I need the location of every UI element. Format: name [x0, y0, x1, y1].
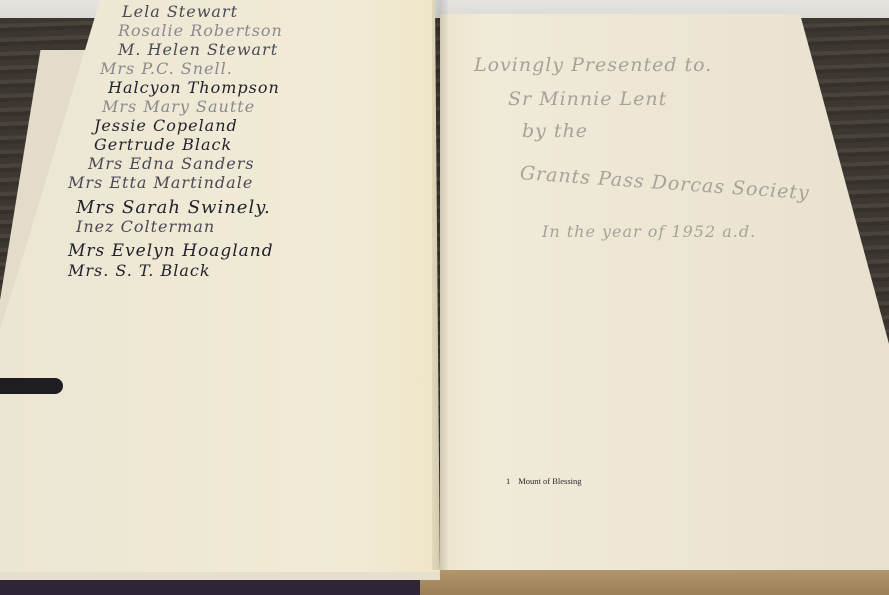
- signature-list: Lela Stewart Rosalie Robertson M. Helen …: [64, 2, 354, 280]
- caption-number: 1: [506, 476, 510, 486]
- caption-title: Mount of Blessing: [518, 476, 581, 486]
- pen: [0, 378, 63, 394]
- signature: Mrs Mary Sautte: [102, 97, 354, 116]
- inscription-line: Lovingly Presented to.: [474, 54, 712, 76]
- book-spine: [432, 0, 448, 570]
- signature: Mrs Etta Martindale: [68, 173, 354, 192]
- signature: Mrs Evelyn Hoagland: [68, 242, 354, 261]
- signature: Rosalie Robertson: [118, 21, 354, 40]
- inscription-line: Sr Minnie Lent: [508, 88, 667, 110]
- signature: Lela Stewart: [122, 2, 354, 21]
- signature: Halcyon Thompson: [108, 78, 354, 97]
- signature: Mrs. S. T. Black: [68, 261, 354, 280]
- inscription-line: In the year of 1952 a.d.: [542, 222, 756, 241]
- signature: Mrs Edna Sanders: [88, 154, 354, 173]
- signature: Mrs P.C. Snell.: [100, 59, 354, 78]
- signature: M. Helen Stewart: [118, 40, 354, 59]
- signature: Inez Colterman: [76, 217, 354, 236]
- signature: Mrs Sarah Swinely.: [76, 198, 354, 217]
- inscription-line: by the: [522, 120, 588, 142]
- signature: Gertrude Black: [94, 135, 354, 154]
- signature: Jessie Copeland: [94, 116, 354, 135]
- page-caption: 1Mount of Blessing: [506, 476, 582, 486]
